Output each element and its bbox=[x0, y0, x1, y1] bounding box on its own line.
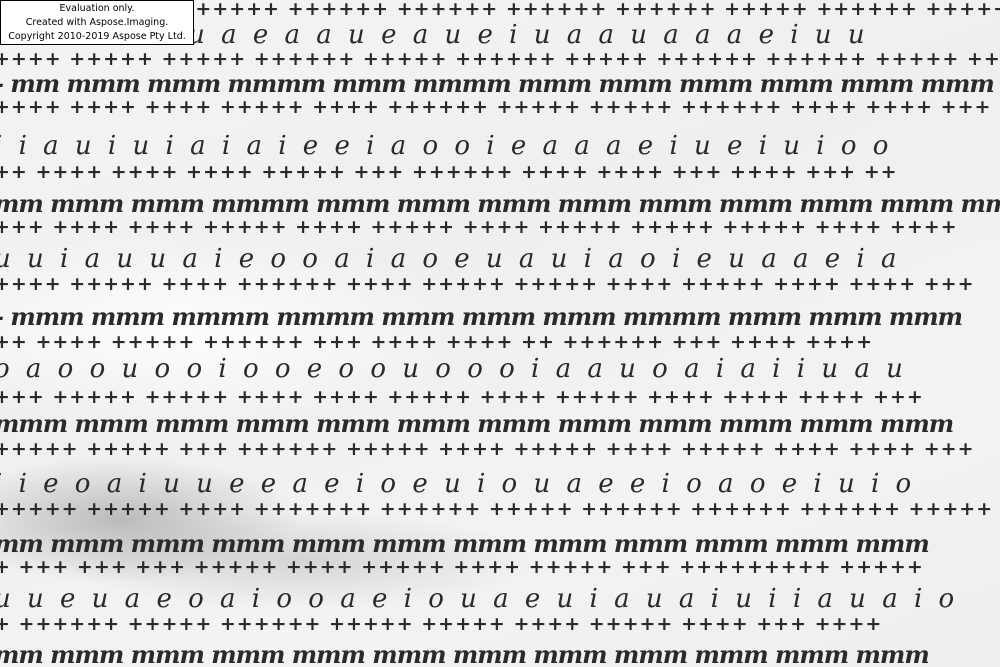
aspose-watermark: Evaluation only. Created with Aspose.Ima… bbox=[0, 0, 194, 45]
paper-background bbox=[0, 0, 1000, 667]
watermark-line-2: Created with Aspose.Imaging. bbox=[1, 16, 193, 30]
watermark-line-3: Copyright 2010-2019 Aspose Pty Ltd. bbox=[1, 30, 193, 44]
watermark-line-1: Evaluation only. bbox=[1, 2, 193, 16]
